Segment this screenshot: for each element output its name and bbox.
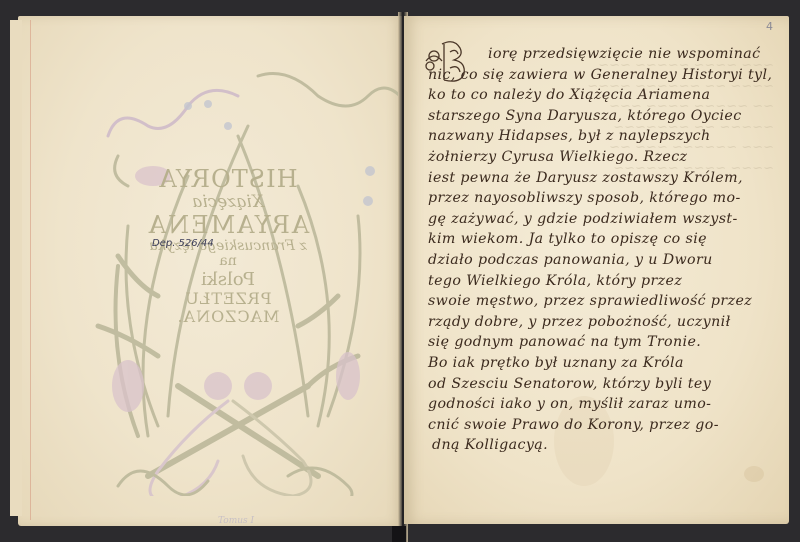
right-page-text: 4 ~~~ ~~~~ ~~~~~ ~~~~~~~ ~~ ~~~~~~ ~~~~~… xyxy=(404,16,789,524)
manuscript-body: iorę przedsięwzięcie nie wspominać nic, … xyxy=(428,44,773,456)
pencil-note: Tomus I xyxy=(218,516,254,526)
ms-line: gę zażywać, y gdzie podziwiałem wszyst- xyxy=(428,209,773,230)
title-francuskiego: z Francuskiego ięzyka xyxy=(98,239,358,255)
ms-line: nic, co się zawiera w Generalney History… xyxy=(428,65,773,86)
manuscript-spread: HISTORYA Xiązęcia ARYAMENA z Francuskieg… xyxy=(0,0,800,542)
spine-shadow xyxy=(392,526,406,542)
title-przetlu: PRZETŁU xyxy=(98,290,358,308)
ms-line: przez nayosobliwszy sposob, którego mo- xyxy=(428,188,773,209)
title-xiazecia: Xiązęcia xyxy=(98,193,358,212)
ms-line: kim wiekom. Ja tylko to opiszę co się xyxy=(428,229,773,250)
ms-line: iorę przedsięwzięcie nie wspominać xyxy=(428,44,773,65)
ms-line: się godnym panować na tym Tronie. xyxy=(428,332,773,353)
ms-line: swoie męstwo, przez sprawiedliwość przez xyxy=(428,291,773,312)
title-aryamena: ARYAMENA xyxy=(98,212,358,239)
folio-number: 4 xyxy=(766,20,773,33)
ms-line: godności iako y on, myślił zaraz umo- xyxy=(428,394,773,415)
mirrored-title-text: HISTORYA Xiązęcia ARYAMENA z Francuskieg… xyxy=(98,166,358,326)
ms-line: rządy dobre, y przez pobożność, uczynił xyxy=(428,312,773,333)
ms-line: cnić swoie Prawo do Korony, przez go- xyxy=(428,415,773,436)
ms-line: nazwany Hidapses, był z naylepszych xyxy=(428,126,773,147)
ms-line: działo podczas panowania, y u Dworu xyxy=(428,250,773,271)
shelfmark-label: Dep. 526/44 xyxy=(152,238,214,249)
title-na: na xyxy=(98,254,358,270)
ms-line: tego Wielkiego Króla, który przez xyxy=(428,271,773,292)
ms-line: żołnierzy Cyrusa Wielkiego. Rzecz xyxy=(428,147,773,168)
left-page-title: HISTORYA Xiązęcia ARYAMENA z Francuskieg… xyxy=(18,16,402,526)
paper-stain xyxy=(744,466,764,482)
ms-line: iest pewna że Daryusz zostawszy Królem, xyxy=(428,168,773,189)
title-historya: HISTORYA xyxy=(98,166,358,193)
ms-line: od Szesciu Senatorow, którzy byli tey xyxy=(428,374,773,395)
ms-line: ko to co należy do Xiążęcia Ariamena xyxy=(428,85,773,106)
underleaf-edge xyxy=(10,20,22,516)
title-polski: Polski xyxy=(98,270,358,290)
ms-line: dną Kolligacyą. xyxy=(428,435,773,456)
ms-line: starszego Syna Daryusza, którego Oyciec xyxy=(428,106,773,127)
margin-rule xyxy=(30,20,31,520)
title-maczona: MACZONA. xyxy=(98,308,358,326)
ms-line: Bo iak prętko był uznany za Króla xyxy=(428,353,773,374)
